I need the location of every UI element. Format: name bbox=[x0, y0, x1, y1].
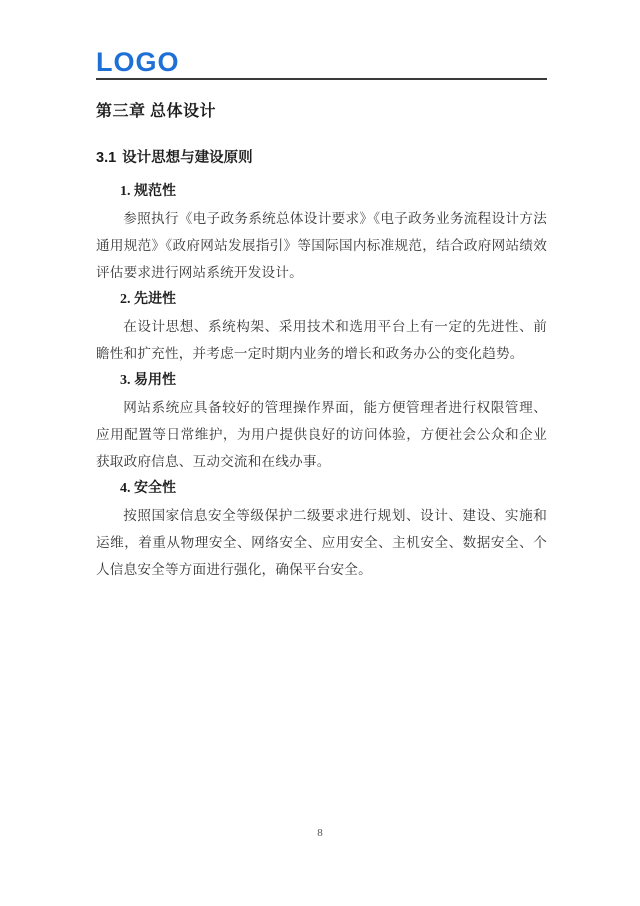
document-header: LOGO bbox=[96, 0, 547, 80]
document-page: LOGO 第三章 总体设计 3.1设计思想与建设原则 1. 规范性 参照执行《电… bbox=[0, 0, 640, 906]
principle-paragraph: 按照国家信息安全等级保护二级要求进行规划、设计、建设、实施和运维，着重从物理安全… bbox=[96, 502, 547, 583]
company-logo: LOGO bbox=[96, 49, 547, 76]
principle-heading: 4. 安全性 bbox=[96, 475, 547, 502]
section-title: 3.1设计思想与建设原则 bbox=[96, 145, 547, 172]
section-body: 1. 规范性 参照执行《电子政务系统总体设计要求》《电子政务业务流程设计方法通用… bbox=[96, 178, 547, 583]
header-divider bbox=[96, 78, 547, 80]
principle-paragraph: 在设计思想、系统构架、采用技术和选用平台上有一定的先进性、前瞻性和扩充性，并考虑… bbox=[96, 313, 547, 367]
page-content: LOGO 第三章 总体设计 3.1设计思想与建设原则 1. 规范性 参照执行《电… bbox=[96, 0, 547, 583]
principle-heading: 3. 易用性 bbox=[96, 367, 547, 394]
principle-paragraph: 参照执行《电子政务系统总体设计要求》《电子政务业务流程设计方法通用规范》《政府网… bbox=[96, 205, 547, 286]
section-name: 设计思想与建设原则 bbox=[122, 150, 253, 166]
chapter-title: 第三章 总体设计 bbox=[96, 98, 547, 125]
principle-heading: 2. 先进性 bbox=[96, 286, 547, 313]
principle-paragraph: 网站系统应具备较好的管理操作界面，能方便管理者进行权限管理、应用配置等日常维护，… bbox=[96, 394, 547, 475]
principle-heading: 1. 规范性 bbox=[96, 178, 547, 205]
page-number: 8 bbox=[0, 826, 640, 840]
section-number: 3.1 bbox=[96, 150, 116, 166]
